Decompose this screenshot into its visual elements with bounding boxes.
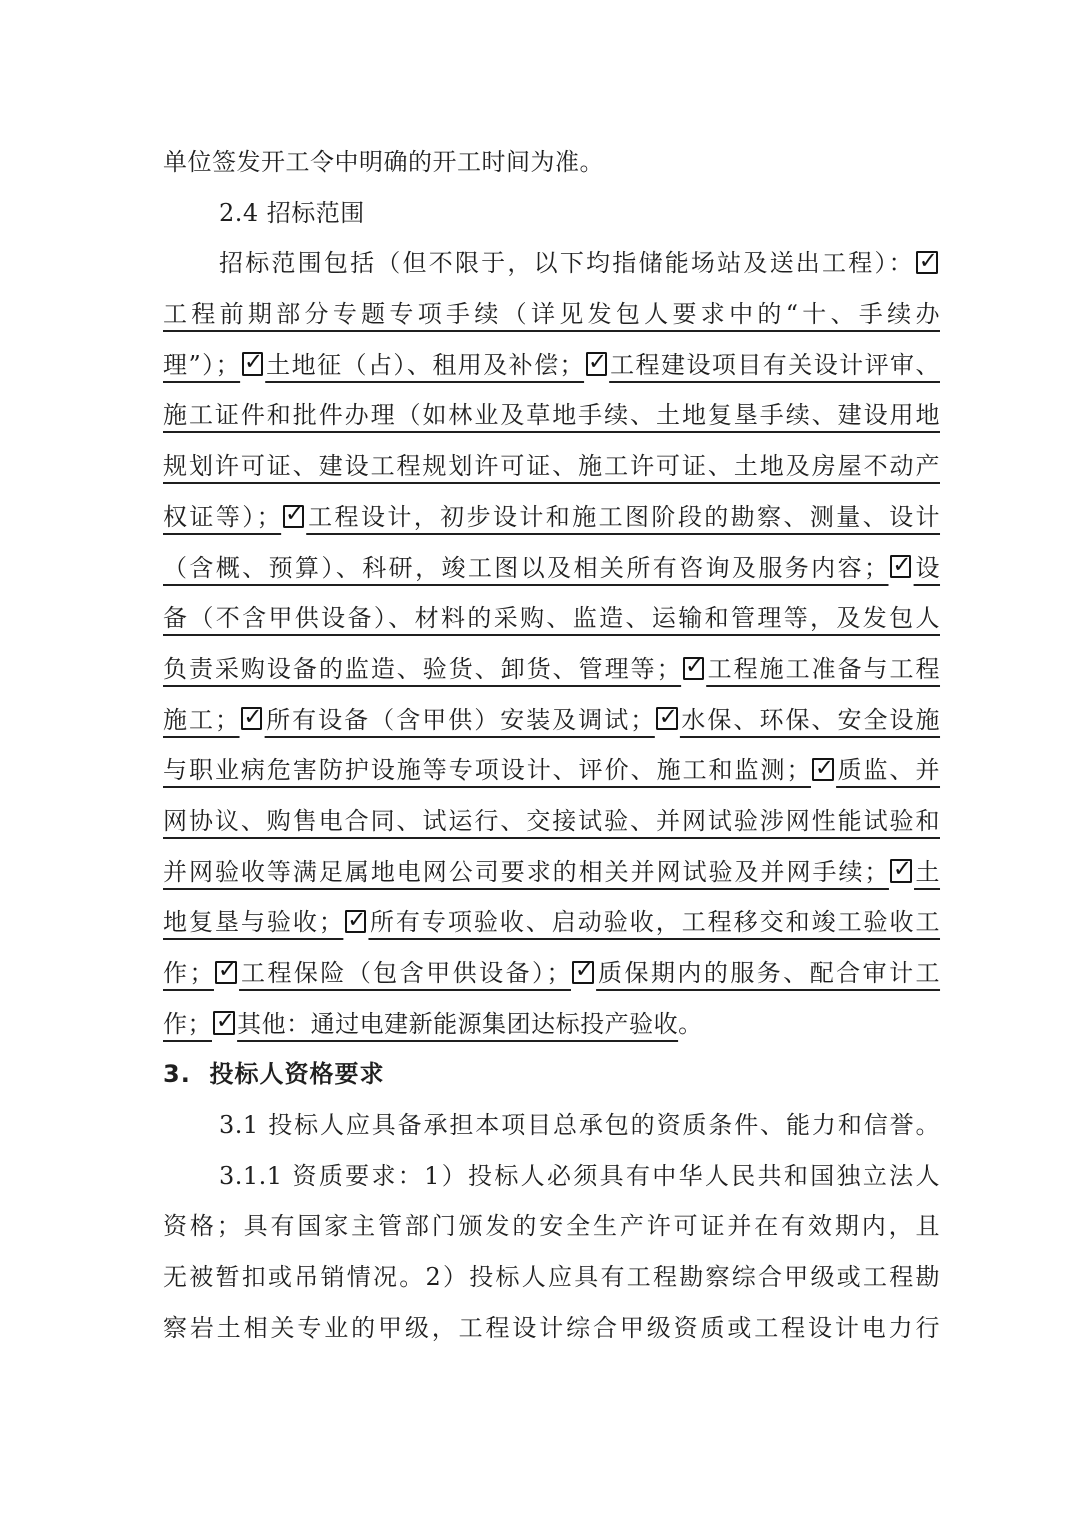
text-line: 资格；具有国家主管部门颁发的安全生产许可证并在有效期内，且 (163, 1201, 940, 1252)
text-segment: 工程建设项目有关设计评审、 (609, 351, 940, 379)
checked-checkbox-icon (812, 758, 833, 781)
text-segment: 施工证件和批件办理（如林业及草地手续、土地复垦手续、建设用地 (163, 401, 940, 429)
text-segment: 所有专项验收、启动验收，工程移交和竣工验收工 (368, 908, 940, 936)
text-line: 理”）；土地征（占）、租用及补偿；工程建设项目有关设计评审、 (163, 340, 940, 391)
text-segment: 工程保险（包含甲供设备）； (239, 959, 571, 987)
text-segment: 规划许可证、建设工程规划许可证、施工许可证、土地及房屋不动产 (163, 452, 940, 480)
text-segment: 网协议、购售电合同、试运行、交接试验、并网试验涉网性能试验和 (163, 807, 940, 835)
text-line: 3.1.1 资质要求：1）投标人必须具有中华人民共和国独立法人 (163, 1151, 940, 1202)
text-segment: 招标范围包括（但不限于，以下均指储能场站及送出工程）： (219, 249, 915, 277)
checked-checkbox-icon (916, 251, 937, 274)
text-segment: 其他：通过电建新能源集团达标投产验收 (237, 1010, 678, 1038)
text-segment: 单位签发开工令中明确的开工时间为准。 (163, 148, 604, 176)
text-segment: 资格；具有国家主管部门颁发的安全生产许可证并在有效期内，且 (163, 1212, 940, 1240)
text-line: 3.1 投标人应具备承担本项目总承包的资质条件、能力和信誉。 (163, 1100, 940, 1151)
text-segment: 备（不含甲供设备）、材料的采购、监造、运输和管理等，及发包人 (163, 604, 940, 632)
text-line: 备（不含甲供设备）、材料的采购、监造、运输和管理等，及发包人 (163, 593, 940, 644)
text-line: 施工；所有设备（含甲供）安装及调试；水保、环保、安全设施 (163, 695, 940, 746)
checked-checkbox-icon (242, 352, 263, 375)
text-segment: 地复垦与验收； (163, 908, 343, 936)
text-segment: （含概、预算）、科研，竣工图以及相关所有咨询及服务内容； (163, 554, 889, 582)
text-segment: 所有设备（含甲供）安装及调试； (265, 706, 655, 734)
document-body: 单位签发开工令中明确的开工时间为准。2.4 招标范围招标范围包括（但不限于，以下… (163, 137, 940, 1354)
text-segment: 作； (163, 1010, 212, 1038)
text-line: 工程前期部分专题专项手续（详见发包人要求中的“十、手续办 (163, 289, 940, 340)
checked-checkbox-icon (586, 352, 607, 375)
text-line: 招标范围包括（但不限于，以下均指储能场站及送出工程）： (163, 238, 940, 289)
text-segment: 工程施工准备与工程 (706, 655, 940, 683)
checked-checkbox-icon (656, 707, 677, 730)
text-line: （含概、预算）、科研，竣工图以及相关所有咨询及服务内容；设 (163, 543, 940, 594)
checked-checkbox-icon (683, 657, 704, 680)
checked-checkbox-icon (213, 1011, 234, 1034)
text-segment: 水保、环保、安全设施 (680, 706, 940, 734)
text-segment: 2.4 招标范围 (219, 199, 365, 227)
text-line: 2.4 招标范围 (163, 188, 940, 239)
text-line: 作；其他：通过电建新能源集团达标投产验收。 (163, 999, 940, 1050)
text-segment: 理”）； (163, 351, 240, 379)
checked-checkbox-icon (572, 961, 593, 984)
checked-checkbox-icon (890, 555, 911, 578)
text-segment: 3.1 投标人应具备承担本项目总承包的资质条件、能力和信誉。 (219, 1111, 940, 1139)
text-segment: 负责采购设备的监造、验货、卸货、管理等； (163, 655, 681, 683)
text-segment: 设 (914, 554, 940, 582)
text-line: 察岩土相关专业的甲级，工程设计综合甲级资质或工程设计电力行 (163, 1303, 940, 1354)
text-line: 单位签发开工令中明确的开工时间为准。 (163, 137, 940, 188)
text-segment: 质保期内的服务、配合审计工 (596, 959, 940, 987)
text-segment: 与职业病危害防护设施等专项设计、评价、施工和监测； (163, 756, 811, 784)
checked-checkbox-icon (241, 707, 262, 730)
text-line: 作；工程保险（包含甲供设备）；质保期内的服务、配合审计工 (163, 948, 940, 999)
text-segment: 土地征（占）、租用及补偿； (265, 351, 584, 379)
checked-checkbox-icon (283, 505, 304, 528)
text-segment: 3.1.1 资质要求：1）投标人必须具有中华人民共和国独立法人 (219, 1162, 940, 1190)
text-line: 与职业病危害防护设施等专项设计、评价、施工和监测；质监、并 (163, 745, 940, 796)
text-segment: 无被暂扣或吊销情况。2）投标人应具有工程勘察综合甲级或工程勘 (163, 1263, 940, 1291)
text-line: 权证等）；工程设计，初步设计和施工图阶段的勘察、测量、设计 (163, 492, 940, 543)
text-segment: 作； (163, 959, 214, 987)
text-segment: 工程前期部分专题专项手续（详见发包人要求中的“十、手续办 (163, 300, 940, 328)
checked-checkbox-icon (345, 910, 366, 933)
text-line: 并网验收等满足属地电网公司要求的相关并网试验及并网手续；土 (163, 847, 940, 898)
text-segment: 工程设计，初步设计和施工图阶段的勘察、测量、设计 (306, 503, 940, 531)
text-line: 地复垦与验收；所有专项验收、启动验收，工程移交和竣工验收工 (163, 897, 940, 948)
text-segment: 权证等）； (163, 503, 281, 531)
text-line: 网协议、购售电合同、试运行、交接试验、并网试验涉网性能试验和 (163, 796, 940, 847)
text-segment: 3. 投标人资格要求 (163, 1060, 385, 1088)
text-segment: 施工； (163, 706, 240, 734)
text-segment: 察岩土相关专业的甲级，工程设计综合甲级资质或工程设计电力行 (163, 1314, 940, 1342)
checked-checkbox-icon (215, 961, 236, 984)
text-line: 负责采购设备的监造、验货、卸货、管理等；工程施工准备与工程 (163, 644, 940, 695)
text-segment: 并网验收等满足属地电网公司要求的相关并网试验及并网手续； (163, 858, 889, 886)
text-line: 施工证件和批件办理（如林业及草地手续、土地复垦手续、建设用地 (163, 390, 940, 441)
text-segment: 质监、并 (836, 756, 940, 784)
checked-checkbox-icon (890, 859, 911, 882)
text-line: 规划许可证、建设工程规划许可证、施工许可证、土地及房屋不动产 (163, 441, 940, 492)
text-segment: 土 (914, 858, 940, 886)
text-line: 无被暂扣或吊销情况。2）投标人应具有工程勘察综合甲级或工程勘 (163, 1252, 940, 1303)
section-heading: 3. 投标人资格要求 (163, 1049, 940, 1100)
text-segment: 。 (678, 1010, 703, 1038)
